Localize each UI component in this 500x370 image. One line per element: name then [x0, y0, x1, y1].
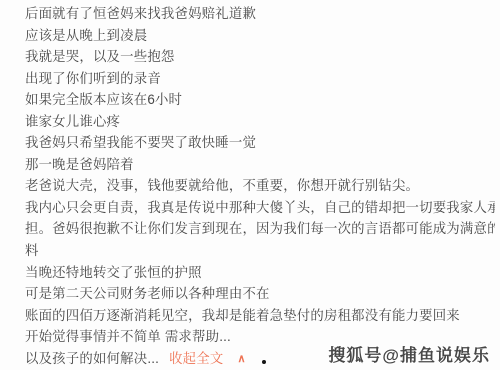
post-text-line: 我就是哭，以及一些抱怨 [25, 46, 495, 68]
sohu-watermark: 搜狐号@捕鱼说娱乐 [328, 341, 490, 366]
post-text-line: 可是第二天公司财务老师以各种理由不在 [25, 283, 495, 305]
post-text-line: 料 [25, 240, 495, 262]
post-text-line: 那一晚是爸妈陪着 [25, 154, 495, 176]
post-text-line: 谁家女儿谁心疼 [25, 111, 495, 133]
post-text-line: 账面的四佰万逐渐消耗见空，我却是能着急垫付的房租都没有能力要回来 [25, 305, 495, 327]
post-text-line: 当晚还特地转交了张恒的护照 [25, 262, 495, 284]
chevron-up-icon[interactable]: ∧ [237, 353, 245, 365]
post-text-line: 老爸说大壳，没事，钱他要就给他，不重要，你想开就行别钻尖。 [25, 175, 495, 197]
post-text-line: 应该是从晚上到凌晨 [25, 25, 495, 47]
post-body: 后面就有了恒爸妈来找我爸妈赔礼道歉 应该是从晚上到凌晨 我就是哭，以及一些抱怨 … [25, 3, 495, 370]
post-text-line: 后面就有了恒爸妈来找我爸妈赔礼道歉 [25, 3, 495, 25]
post-text-line: 如果完全版本应该在6小时 [25, 89, 495, 111]
post-text-line: 我内心只会更自责，我真是传说中那种大傻丫头，自己的错却把一切要我家人承 [25, 197, 495, 219]
post-text-line: 担。爸妈很抱歉不让你们发言到现在，因为我们每一次的言语都可能成为满意的 [25, 218, 495, 240]
post-text-line: 出现了你们听到的录音 [25, 68, 495, 90]
post-last-line-text: 以及孩子的如何解决... [25, 351, 159, 366]
trailing-dot [262, 360, 266, 364]
collapse-full-text-link[interactable]: 收起全文 [169, 351, 223, 366]
post-text-line: 我爸妈只希望我能不要哭了敢快睡一觉 [25, 132, 495, 154]
